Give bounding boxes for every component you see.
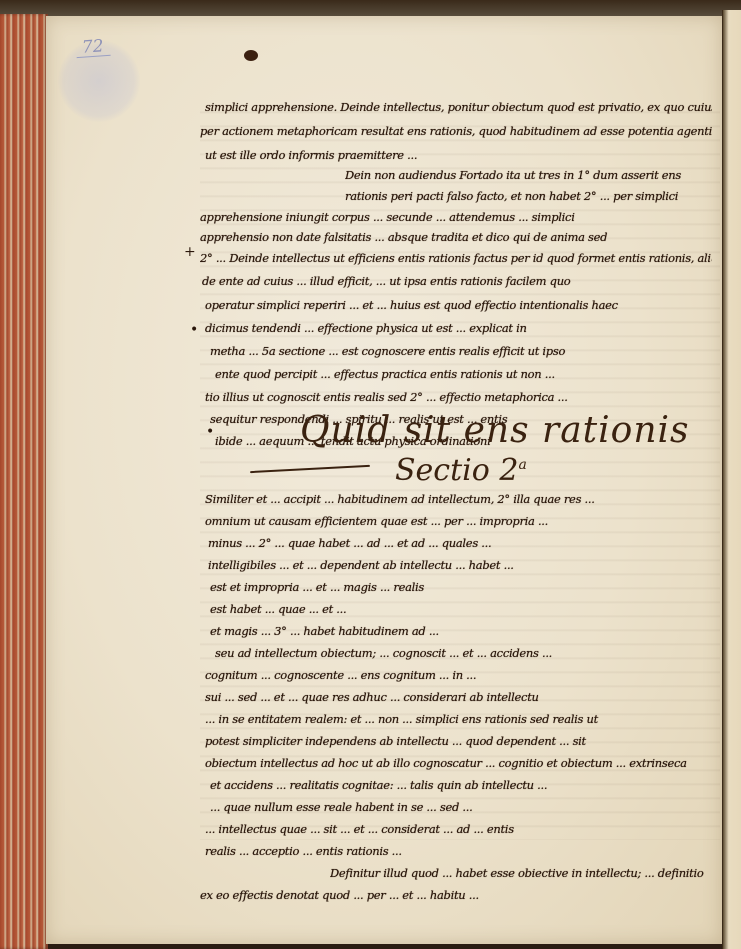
manuscript-line: est habet ... quae ... et ... [210,602,712,616]
ink-blot [244,50,258,61]
manuscript-line: ut est ille ordo informis praemittere ..… [205,148,712,162]
manuscript-line: apprehensione iniungit corpus ... secund… [200,210,712,224]
manuscript-line: dicimus tendendi ... effectione physica … [205,321,712,335]
margin-cross-mark: + [184,244,196,260]
manuscript-line: ex eo effectis denotat quod ... per ... … [200,888,712,902]
manuscript-line: minus ... 2° ... quae habet ... ad ... e… [208,536,712,550]
manuscript-line: Definitur illud quod ... habet esse obie… [330,866,712,880]
section-heading: Quid sit ens rationis [300,410,690,451]
manuscript-line: Similiter et ... accipit ... habitudinem… [205,492,712,506]
manuscript-line: metha ... 5a sectione ... est cognoscere… [210,344,712,358]
adjacent-page-edge [722,10,741,949]
manuscript-line: 2° ... Deinde intellectus ut efficiens e… [200,251,712,265]
subheading-text: Sectio 2 [395,453,518,488]
manuscript-line: obiectum intellectus ad hoc ut ab illo c… [205,756,712,770]
manuscript-line: et magis ... 3° ... habet habitudinem ad… [210,624,712,638]
manuscript-line: rationis peri pacti falso facto, et non … [345,189,712,203]
manuscript-line: apprehensio non date falsitatis ... absq… [200,230,712,244]
manuscript-line: cognitum ... cognoscente ... ens cognitu… [205,668,712,682]
manuscript-line: et accidens ... realitatis cognitae: ...… [210,778,712,792]
folio-number: 72 [75,37,110,58]
subheading-suffix: a [518,457,526,473]
manuscript-line: per actionem metaphoricam resultat ens r… [200,124,712,138]
manuscript-line: de ente ad cuius ... illud efficit, ... … [202,274,712,288]
manuscript-line: omnium ut causam efficientem quae est ..… [205,514,712,528]
manuscript-line: ... in se entitatem realem: et ... non .… [205,712,712,726]
manuscript-line: realis ... acceptio ... entis rationis .… [205,844,712,858]
manuscript-line: simplici apprehensione. Deinde intellect… [205,100,712,114]
section-subheading: Sectio 2a [395,453,527,488]
manuscript-line: seu ad intellectum obiectum; ... cognosc… [215,646,712,660]
manuscript-line: Dein non audiendus Fortado ita ut tres i… [345,168,712,182]
margin-dot-mark: • [190,322,198,338]
manuscript-line: ... intellectus quae ... sit ... et ... … [205,822,712,836]
book-page-edges [0,14,48,949]
manuscript-line: ente quod percipit ... effectus practica… [215,367,712,381]
manuscript-line: tio illius ut cognoscit entis realis sed… [205,390,712,404]
manuscript-line: intelligibiles ... et ... dependent ab i… [208,558,712,572]
manuscript-line: ... quae nullum esse reale habent in se … [210,800,712,814]
manuscript-line: potest simpliciter independens ab intell… [205,734,712,748]
manuscript-line: operatur simplici reperiri ... et ... hu… [205,298,712,312]
manuscript-line: sui ... sed ... et ... quae res adhuc ..… [205,690,712,704]
margin-dot-mark: • [206,424,214,440]
manuscript-line: est et impropria ... et ... magis ... re… [210,580,712,594]
